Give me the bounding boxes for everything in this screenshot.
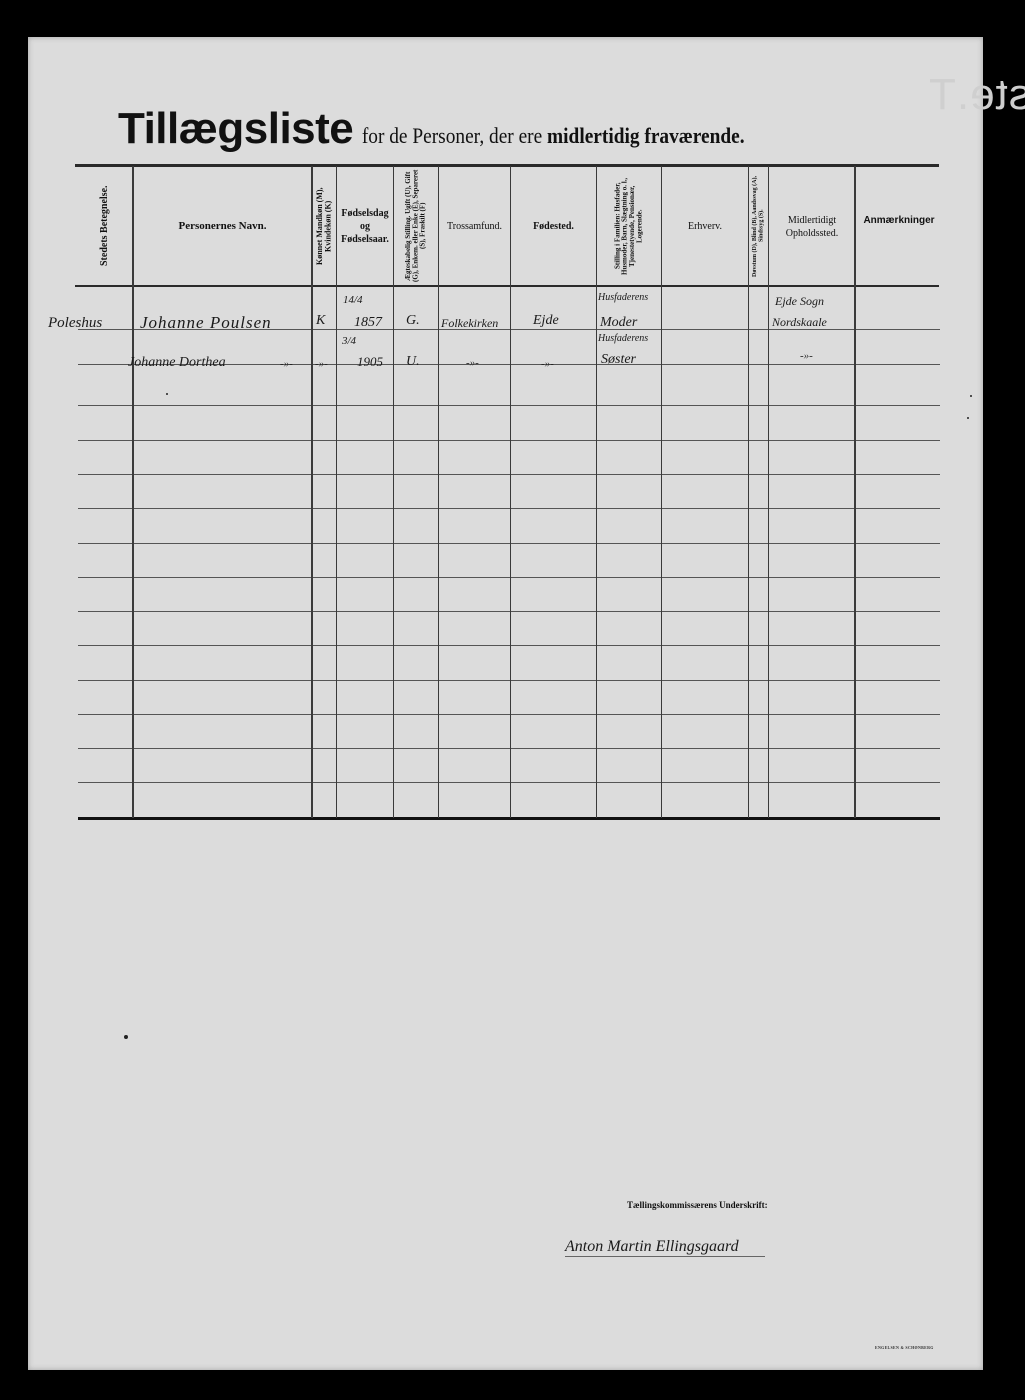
header-faith: Trossamfund. [439,168,510,285]
header-disability: Døvstum (D), Blind (B), Aandssvag (A), S… [749,168,768,284]
ink-dot [124,1035,128,1039]
cell-birth-day: 14/4 [343,294,363,306]
title-sub-regular: for de Personer, der ere [362,123,542,148]
header-remarks: Anmærkninger [856,168,942,272]
cell-family-line2: Søster [601,352,636,368]
title-sub-bold: midlertidig fraværende. [547,123,745,148]
cell-name-ditto: -»- [280,358,293,370]
cell-faith: Folkekirken [441,316,498,331]
form-title: Tillægsliste for de Personer, der ere mi… [118,104,798,154]
header-name: Personernes Navn. [134,168,311,285]
header-occupation: Erhverv. [662,168,748,285]
cell-name: Johanne Dorthea [128,355,226,371]
ink-dot [967,417,969,419]
header-birth: Fødselsdag og Fødselsaar. [337,168,393,285]
cell-faith: -»- [466,357,479,369]
cell-marital: U. [406,354,420,370]
cell-birth-day: 3/4 [342,335,356,347]
cell-family-line1: Husfaderens [598,292,648,303]
cell-temp-residence-line2: Nordskaale [772,315,827,330]
bleed-through-text: liste.T [928,70,1025,120]
printer-mark: ENGELSEN & SCHØNBERG [875,1345,934,1350]
header-bottom-rule [75,285,939,287]
cell-family-line1: Husfaderens [598,333,648,344]
enumerator-signature: Anton Martin Ellingsgaard [565,1238,765,1257]
cell-name: Johanne Poulsen [140,313,272,333]
cell-birthplace: Ejde [533,313,559,329]
cell-sex: -»- [315,358,328,370]
ink-dot [166,393,168,395]
cell-place: Poleshus [48,315,102,332]
header-place: Stedets Betegnelse. [80,170,130,282]
header-birthplace: Fødested. [511,168,596,285]
ink-dot [970,395,972,397]
cell-temp-residence-line1: Ejde Sogn [775,294,824,309]
cell-birthplace: -»- [541,358,554,370]
header-sex: Kønnet Mandkøn (M), Kvindekøn (K) [313,168,336,284]
cell-birth-year: 1905 [357,354,383,370]
header-temp-residence: Midlertidigt Opholdssted. [770,168,854,285]
cell-family-line2: Moder [600,315,637,331]
table-bottom-rule [78,817,940,820]
cell-temp-residence: -»- [800,350,813,362]
title-subtitle: for de Personer, der ere midlertidig fra… [357,123,745,149]
cell-sex: K [316,313,325,329]
header-marital: Ægteskabelig Stilling. Ugift (U), Gift (… [394,168,438,284]
cell-birth-year: 1857 [354,315,382,331]
signature-label: Tællingskommissærens Underskrift: [627,1200,768,1210]
table-top-rule [75,164,939,167]
cell-marital: G. [406,313,420,329]
header-family: Stilling i Familien: Husfader, Husmoder,… [597,168,661,284]
title-main: Tillægsliste [118,104,353,153]
